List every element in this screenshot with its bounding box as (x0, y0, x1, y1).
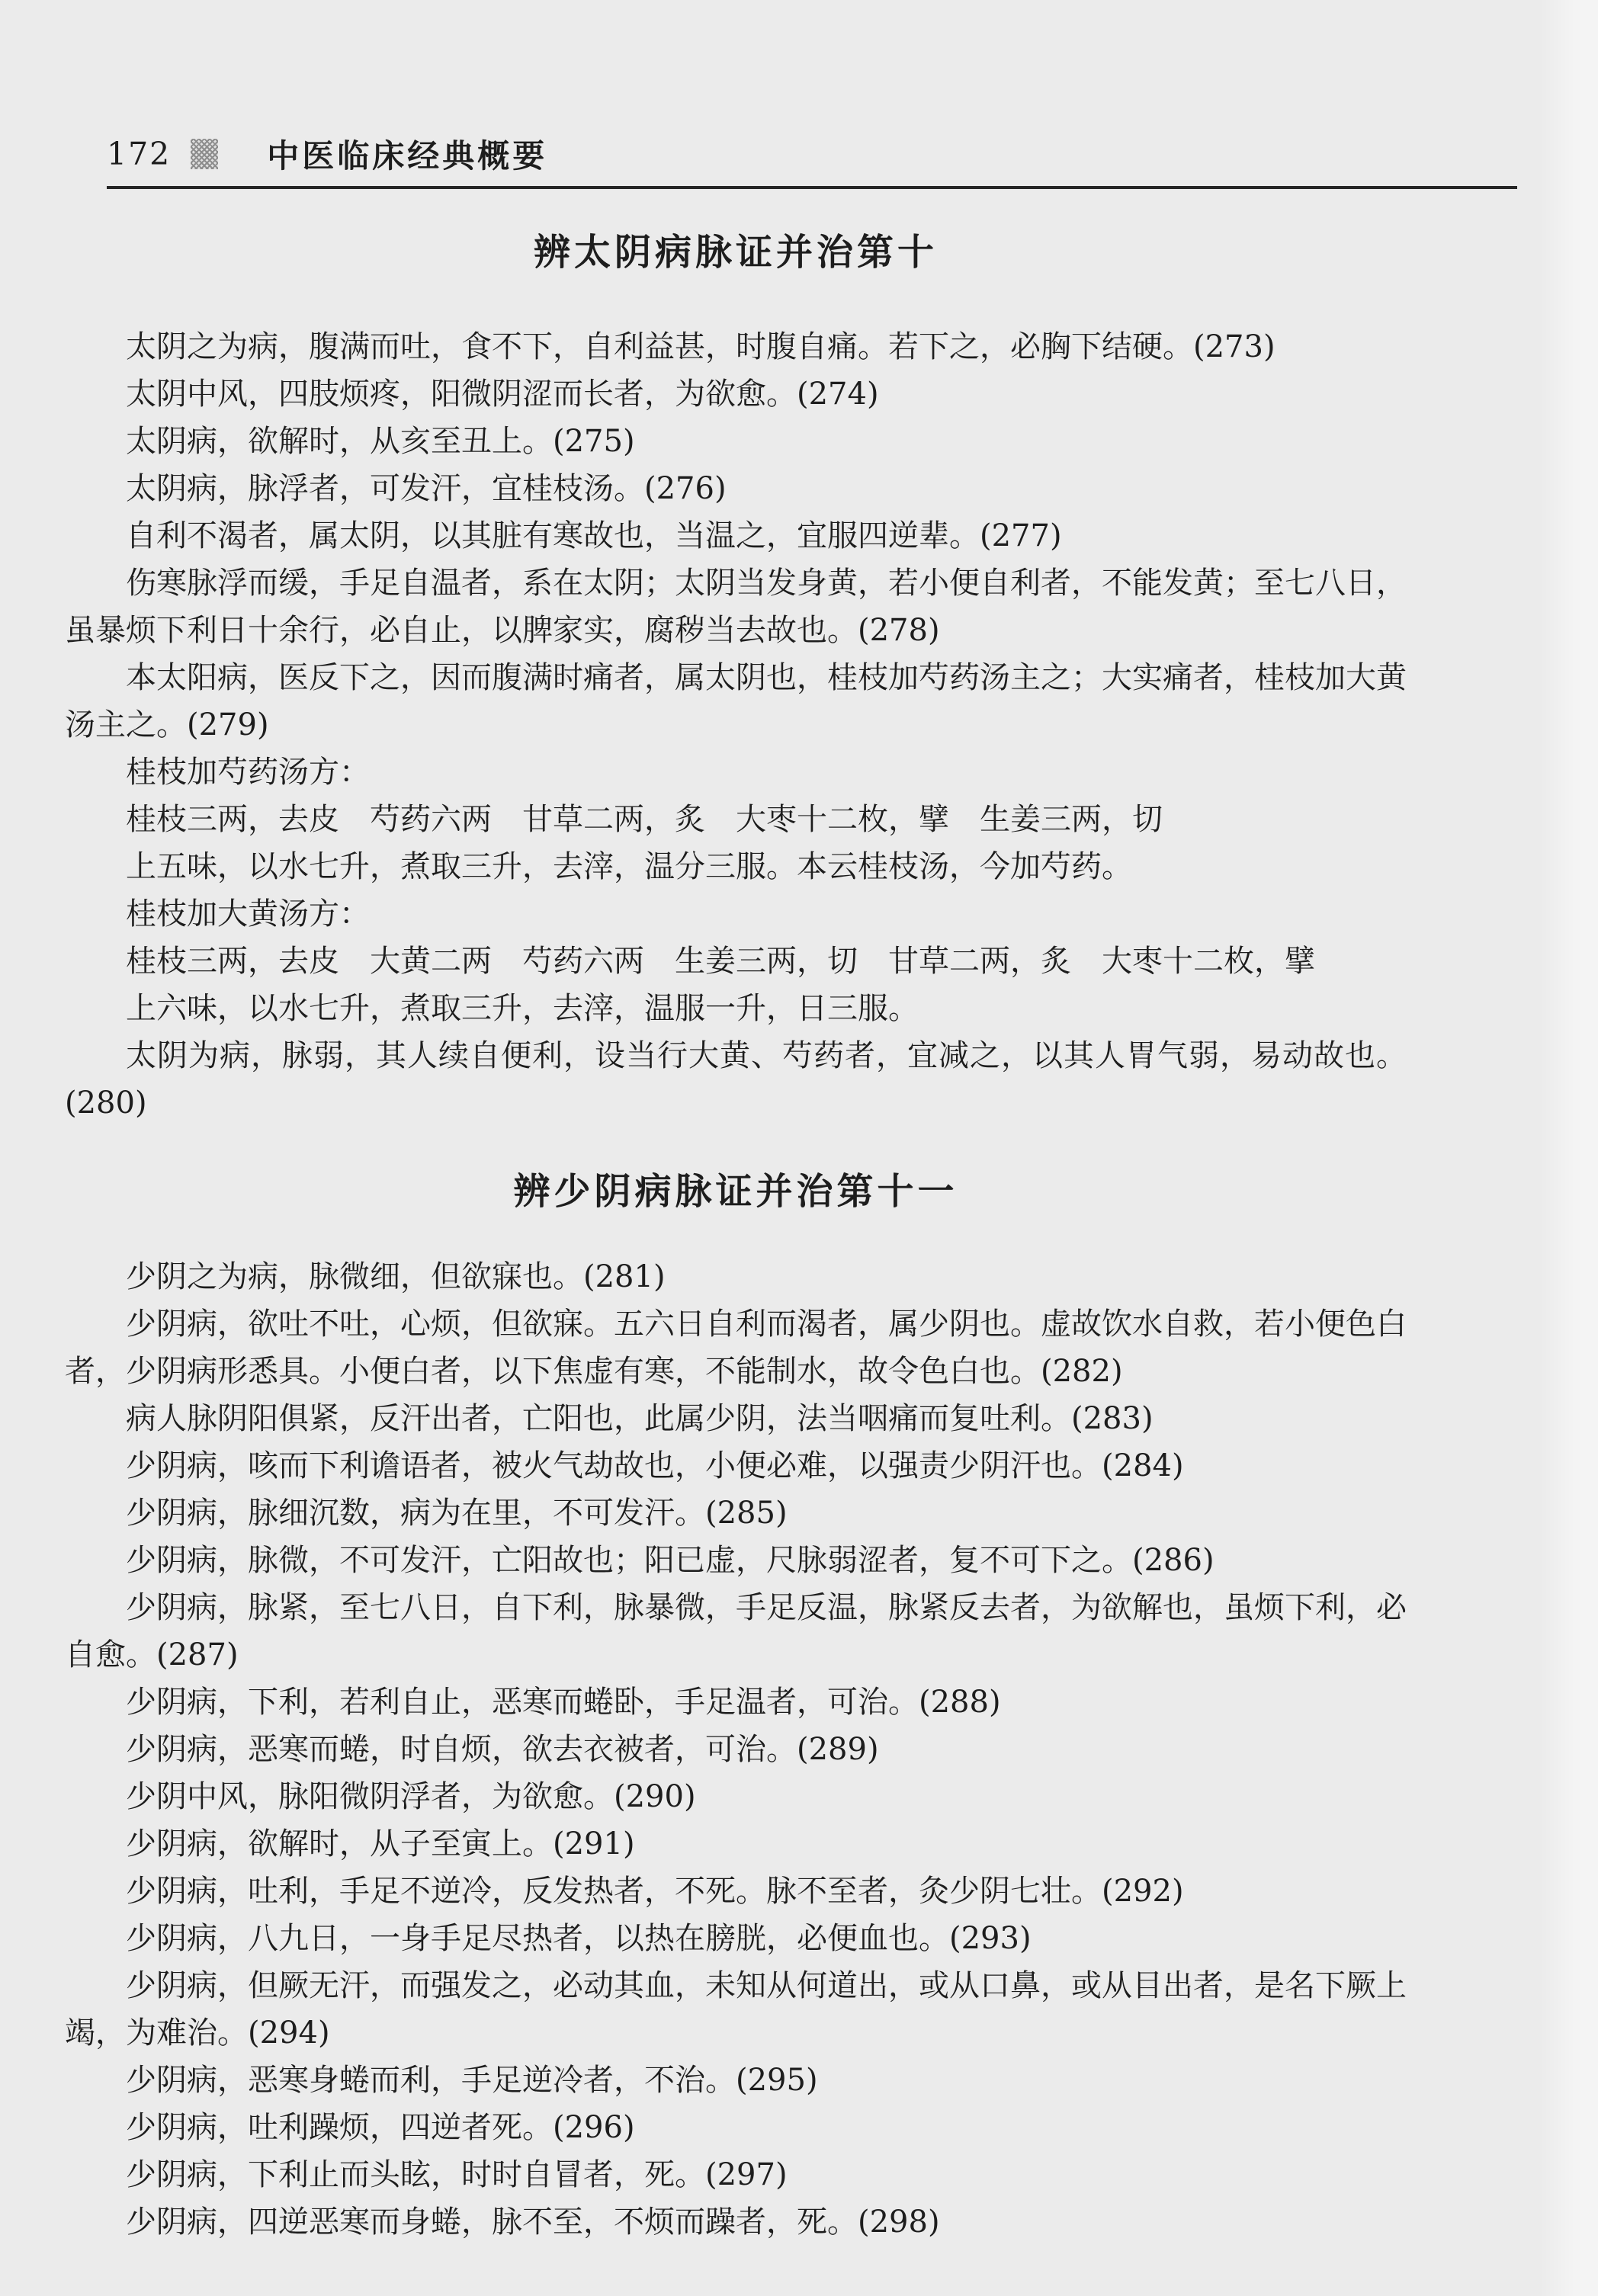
text-paragraph: 少阴病，脉细沉数，病为在里，不可发汗。(285) (65, 1490, 1407, 1537)
text-paragraph: 少阴病，咳而下利谵语者，被火气劫故也，小便必难，以强责少阴汗也。(284) (65, 1442, 1407, 1490)
text-paragraph: 少阴病，恶寒身蜷而利，手足逆冷者，不治。(295) (65, 2057, 1407, 2104)
text-paragraph: 少阴病，八九日，一身手足尽热者，以热在膀胱，必便血也。(293) (65, 1915, 1407, 1962)
section-title: 辨太阴病脉证并治第十 (65, 226, 1407, 279)
text-paragraph: 伤寒脉浮而缓，手足自温者，系在太阴；太阴当发身黄，若小便自利者，不能发黄；至七八… (65, 560, 1407, 654)
text-paragraph: 太阴中风，四肢烦疼，阳微阴涩而长者，为欲愈。(274) (65, 370, 1407, 418)
text-paragraph: 少阴病，脉紧，至七八日，自下利，脉暴微，手足反温，脉紧反去者，为欲解也，虽烦下利… (65, 1584, 1407, 1679)
text-paragraph: 上五味，以水七升，煮取三升，去滓，温分三服。本云桂枝汤，今加芍药。 (65, 843, 1407, 890)
text-paragraph: 太阴病，欲解时，从亥至丑上。(275) (65, 418, 1407, 465)
text-paragraph: 少阴病，下利，若利自止，恶寒而蜷卧，手足温者，可治。(288) (65, 1679, 1407, 1726)
section-title: 辨少阴病脉证并治第十一 (65, 1165, 1407, 1218)
text-paragraph: 少阴病，脉微，不可发汗，亡阳故也；阳已虚，尺脉弱涩者，复不可下之。(286) (65, 1537, 1407, 1584)
text-paragraph: 桂枝三两，去皮 大黄二两 芍药六两 生姜三两，切 甘草二两，炙 大枣十二枚，擘 (65, 938, 1407, 985)
text-paragraph: 病人脉阴阳俱紧，反汗出者，亡阳也，此属少阴，法当咽痛而复吐利。(283) (65, 1395, 1407, 1442)
text-paragraph: 上六味，以水七升，煮取三升，去滓，温服一升，日三服。 (65, 985, 1407, 1032)
text-paragraph: 自利不渴者，属太阴，以其脏有寒故也，当温之，宜服四逆辈。(277) (65, 512, 1407, 560)
text-paragraph: 太阴之为病，腹满而吐，食不下，自利益甚，时腹自痛。若下之，必胸下结硬。(273) (65, 323, 1407, 370)
chapter-section: 辨少阴病脉证并治第十一 少阴之为病，脉微细，但欲寐也。(281)少阴病，欲吐不吐… (65, 1165, 1407, 2246)
chapter-section: 辨太阴病脉证并治第十 太阴之为病，腹满而吐，食不下，自利益甚，时腹自痛。若下之，… (65, 226, 1407, 1127)
page-content: 辨太阴病脉证并治第十 太阴之为病，腹满而吐，食不下，自利益甚，时腹自痛。若下之，… (65, 226, 1407, 2246)
book-title: 中医临床经典概要 (267, 131, 547, 177)
text-paragraph: 少阴之为病，脉微细，但欲寐也。(281) (65, 1253, 1407, 1300)
text-paragraph: 少阴病，吐利，手足不逆冷，反发热者，不死。脉不至者，灸少阴七壮。(292) (65, 1868, 1407, 1915)
text-paragraph: 太阴为病，脉弱，其人续自便利，设当行大黄、芍药者，宜减之，以其人胃气弱，易动故也… (65, 1032, 1407, 1127)
text-paragraph: 少阴病，四逆恶寒而身蜷，脉不至，不烦而躁者，死。(298) (65, 2198, 1407, 2246)
text-paragraph: 少阴病，欲解时，从子至寅上。(291) (65, 1820, 1407, 1868)
text-paragraph: 桂枝加大黄汤方： (65, 890, 1407, 938)
book-page: 172 中医临床经典概要 辨太阴病脉证并治第十 太阴之为病，腹满而吐，食不下，自… (0, 0, 1598, 2296)
text-paragraph: 少阴病，恶寒而蜷，时自烦，欲去衣被者，可治。(289) (65, 1726, 1407, 1773)
text-paragraph: 本太阳病，医反下之，因而腹满时痛者，属太阴也，桂枝加芍药汤主之；大实痛者，桂枝加… (65, 654, 1407, 749)
text-paragraph: 少阴病，吐利躁烦，四逆者死。(296) (65, 2104, 1407, 2151)
text-paragraph: 少阴中风，脉阳微阴浮者，为欲愈。(290) (65, 1773, 1407, 1820)
text-paragraph: 少阴病，但厥无汗，而强发之，必动其血，未知从何道出，或从口鼻，或从目出者，是名下… (65, 1962, 1407, 2057)
text-paragraph: 少阴病，下利止而头眩，时时自冒者，死。(297) (65, 2151, 1407, 2198)
page-number: 172 (107, 136, 171, 172)
halftone-square-icon (191, 139, 218, 169)
page-header: 172 中医临床经典概要 (107, 131, 1517, 189)
text-paragraph: 桂枝加芍药汤方： (65, 749, 1407, 796)
text-paragraph: 少阴病，欲吐不吐，心烦，但欲寐。五六日自利而渴者，属少阴也。虚故饮水自救，若小便… (65, 1300, 1407, 1395)
text-paragraph: 桂枝三两，去皮 芍药六两 甘草二两，炙 大枣十二枚，擘 生姜三两，切 (65, 796, 1407, 843)
text-paragraph: 太阴病，脉浮者，可发汗，宜桂枝汤。(276) (65, 465, 1407, 512)
